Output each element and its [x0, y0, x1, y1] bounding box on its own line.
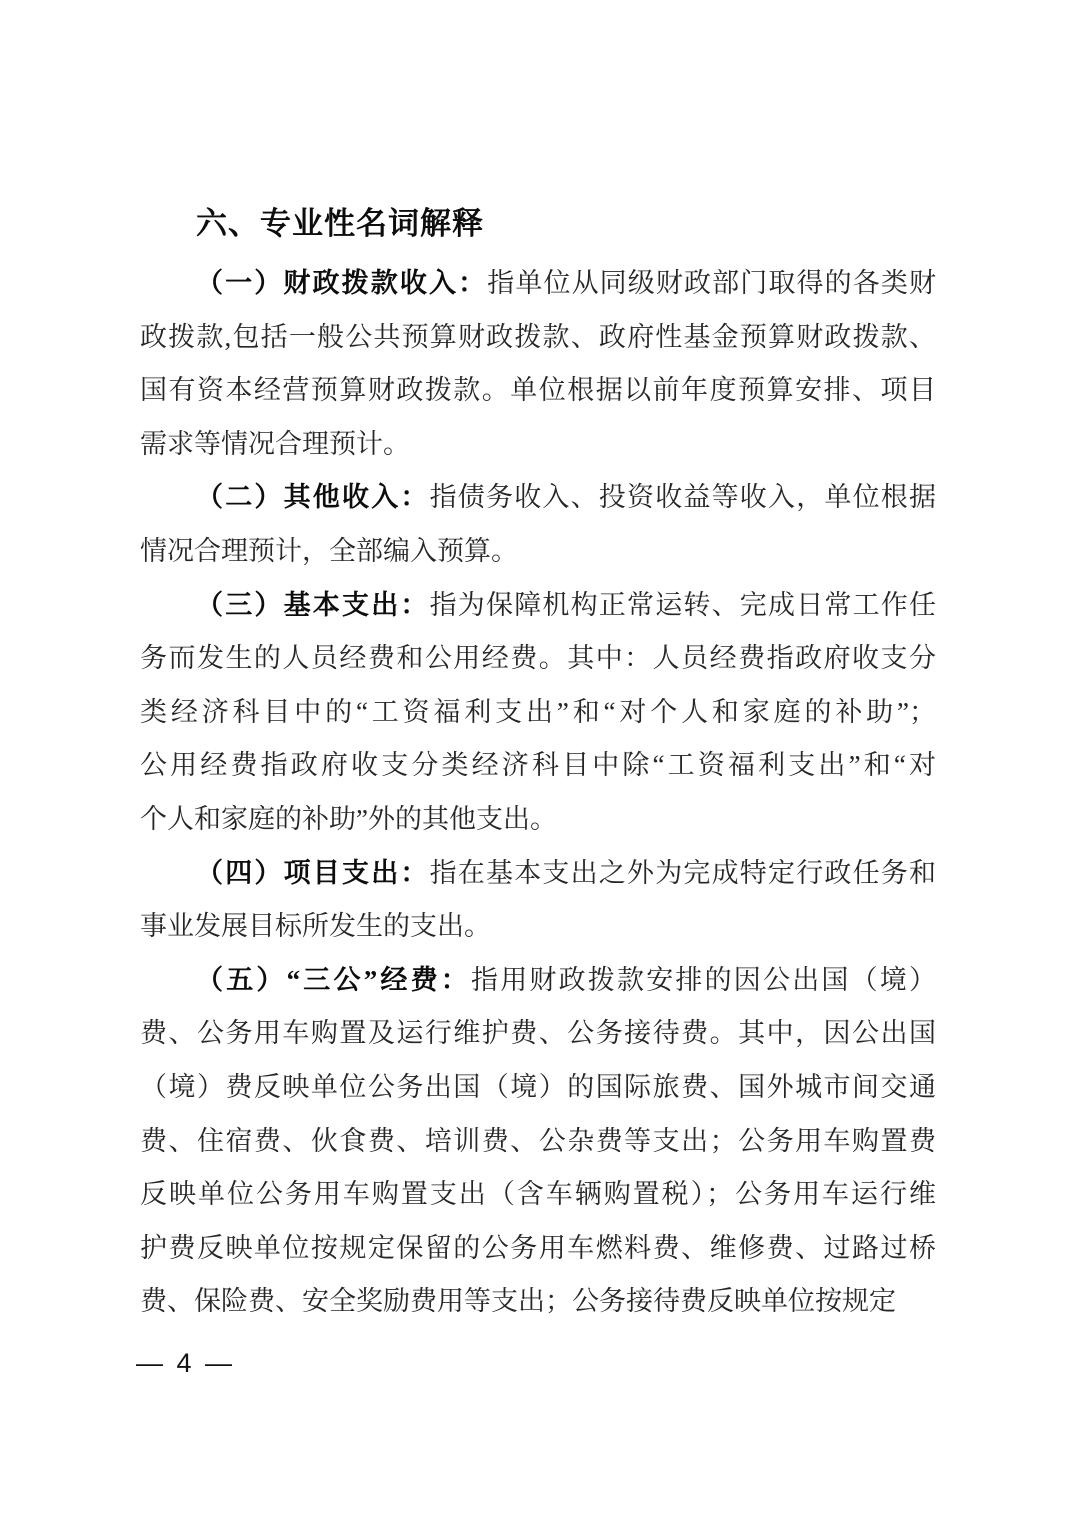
document-body: 六、专业性名词解释 （一）财政拨款收入：指单位从同级财政部门取得的各类财政拨款,… [140, 197, 936, 1329]
term-label: （三）基本支出： [196, 590, 430, 620]
text-line: 事业发展目标所发生的支出。 [140, 900, 936, 954]
paragraph: （四）项目支出：指在基本支出之外为完成特定行政任务和事业发展目标所发生的支出。 [140, 847, 936, 954]
text-line: 费、保险费、安全奖励费用等支出；公务接待费反映单位按规定 [140, 1275, 936, 1329]
term-label: （二）其他收入： [196, 482, 430, 512]
paragraph: （一）财政拨款收入：指单位从同级财政部门取得的各类财政拨款,包括一般公共预算财政… [140, 257, 936, 471]
text-line: 需求等情况合理预计。 [140, 418, 936, 472]
text-line: 个人和家庭的补助”外的其他支出。 [140, 793, 936, 847]
text-line: 政拨款,包括一般公共预算财政拨款、政府性基金预算财政拨款、 [140, 311, 936, 365]
text-line: （一）财政拨款收入：指单位从同级财政部门取得的各类财 [140, 257, 936, 311]
paragraph: （五）“三公”经费：指用财政拨款安排的因公出国（境）费、公务用车购置及运行维护费… [140, 954, 936, 1329]
text-line: 务而发生的人员经费和公用经费。其中：人员经费指政府收支分 [140, 632, 936, 686]
text-line: 情况合理预计，全部编入预算。 [140, 525, 936, 579]
paragraph: （三）基本支出：指为保障机构正常运转、完成日常工作任务而发生的人员经费和公用经费… [140, 579, 936, 847]
text-line: （三）基本支出：指为保障机构正常运转、完成日常工作任 [140, 579, 936, 633]
paragraphs-container: （一）财政拨款收入：指单位从同级财政部门取得的各类财政拨款,包括一般公共预算财政… [140, 257, 936, 1329]
term-label: （四）项目支出： [196, 858, 430, 888]
text-line: （四）项目支出：指在基本支出之外为完成特定行政任务和 [140, 847, 936, 901]
document-page: 六、专业性名词解释 （一）财政拨款收入：指单位从同级财政部门取得的各类财政拨款,… [0, 0, 1074, 1520]
text-line: （五）“三公”经费：指用财政拨款安排的因公出国（境） [140, 954, 936, 1008]
text-line: 费、住宿费、伙食费、培训费、公杂费等支出；公务用车购置费 [140, 1115, 936, 1169]
text-line: 费、公务用车购置及运行维护费、公务接待费。其中，因公出国 [140, 1007, 936, 1061]
text-line: 护费反映单位按规定保留的公务用车燃料费、维修费、过路过桥 [140, 1222, 936, 1276]
text-line: （二）其他收入：指债务收入、投资收益等收入，单位根据 [140, 471, 936, 525]
term-label: （一）财政拨款收入： [196, 268, 487, 298]
text-line: 国有资本经营预算财政拨款。单位根据以前年度预算安排、项目 [140, 364, 936, 418]
section-heading: 六、专业性名词解释 [140, 197, 936, 251]
text-line: （境）费反映单位公务出国（境）的国际旅费、国外城市间交通 [140, 1061, 936, 1115]
text-line: 反映单位公务用车购置支出（含车辆购置税）；公务用车运行维 [140, 1168, 936, 1222]
text-line: 类经济科目中的“工资福利支出”和“对个人和家庭的补助”； [140, 686, 936, 740]
page-number: — 4 — [136, 1348, 235, 1379]
text-line: 公用经费指政府收支分类经济科目中除“工资福利支出”和“对 [140, 739, 936, 793]
term-label: （五）“三公”经费： [196, 965, 471, 995]
paragraph: （二）其他收入：指债务收入、投资收益等收入，单位根据情况合理预计，全部编入预算。 [140, 471, 936, 578]
